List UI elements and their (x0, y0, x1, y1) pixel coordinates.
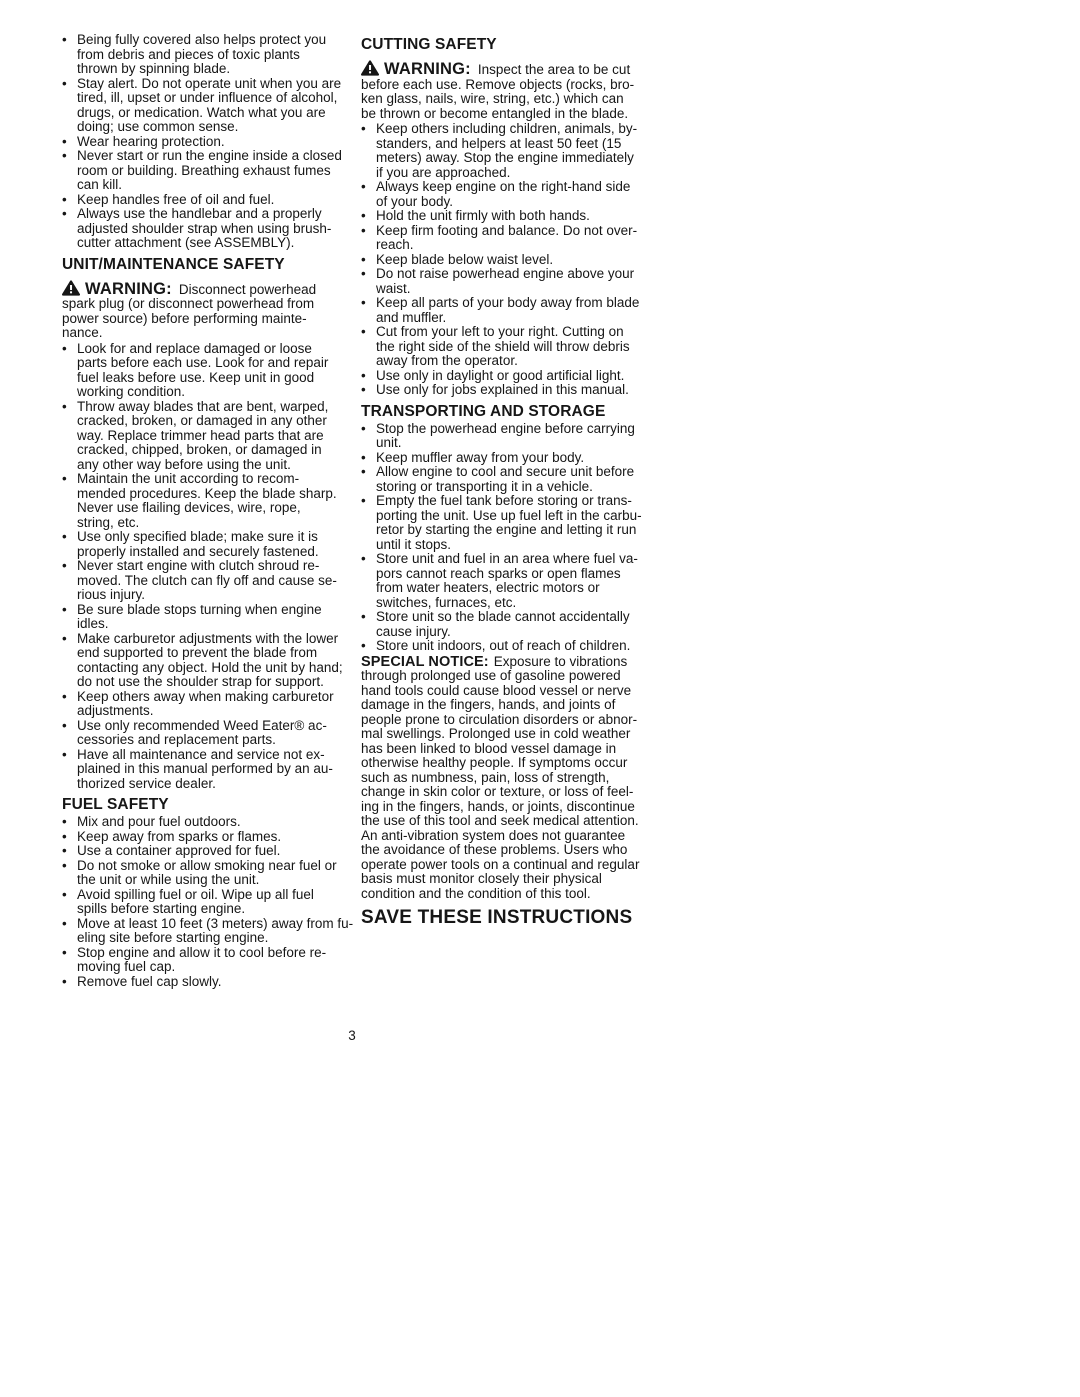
safety-bullet: Avoid spilling fuel or oil. Wipe up all … (62, 888, 354, 917)
safety-bullet: Always use the handlebar and a properly … (62, 207, 354, 251)
safety-bullet: Hold the unit firmly with both hands. (361, 209, 663, 224)
safety-bullet: Keep all parts of your body away from bl… (361, 296, 663, 325)
safety-bullet: Store unit indoors, out of reach of chil… (361, 639, 663, 654)
cutting-safety-bullet-list: Keep others including children, animals,… (361, 122, 663, 398)
safety-bullet: Allow engine to cool and secure unit bef… (361, 465, 663, 494)
warning-label: WARNING: (384, 60, 471, 78)
safety-bullet: Empty the fuel tank before storing or tr… (361, 494, 663, 552)
section-heading-unit-maintenance-safety: UNIT/MAINTENANCE SAFETY (62, 256, 354, 273)
safety-bullet: Use only recommended Weed Eater® ac- ces… (62, 719, 354, 748)
safety-bullet: Keep others away when making carburetor … (62, 690, 354, 719)
section-heading-cutting-safety: CUTTING SAFETY (361, 36, 663, 53)
safety-bullet: Maintain the unit according to recom- me… (62, 472, 354, 530)
warning-triangle-icon (361, 62, 384, 77)
safety-bullet: Stay alert. Do not operate unit when you… (62, 77, 354, 135)
safety-bullet: Keep others including children, animals,… (361, 122, 663, 180)
special-notice-text: Exposure to vibrations through prolonged… (361, 654, 639, 901)
safety-bullet: Keep firm footing and balance. Do not ov… (361, 224, 663, 253)
safety-bullet: Use only specified blade; make sure it i… (62, 530, 354, 559)
safety-bullet: Wear hearing protection. (62, 135, 354, 150)
section-heading-fuel-safety: FUEL SAFETY (62, 796, 354, 813)
safety-bullet: Do not raise powerhead engine above your… (361, 267, 663, 296)
safety-bullet: Keep away from sparks or flames. (62, 830, 354, 845)
save-these-instructions-heading: SAVE THESE INSTRUCTIONS (361, 907, 663, 929)
safety-bullet: Cut from your left to your right. Cuttin… (361, 325, 663, 369)
page-number: 3 (52, 1028, 652, 1043)
warning-triangle-icon (62, 282, 85, 297)
general-safety-bullet-list: Being fully covered also helps protect y… (62, 33, 354, 251)
section-heading-transporting-storage: TRANSPORTING AND STORAGE (361, 403, 663, 420)
safety-bullet: Remove fuel cap slowly. (62, 975, 354, 990)
safety-bullet: Store unit so the blade cannot accidenta… (361, 610, 663, 639)
safety-bullet: Stop engine and allow it to cool before … (62, 946, 354, 975)
right-column: CUTTING SAFETY WARNING:Inspect the area … (361, 36, 663, 929)
safety-bullet: Being fully covered also helps protect y… (62, 33, 354, 77)
safety-bullet: Mix and pour fuel outdoors. (62, 815, 354, 830)
warning-label: WARNING: (85, 280, 172, 298)
safety-bullet: Store unit and fuel in an area where fue… (361, 552, 663, 610)
safety-bullet: Stop the powerhead engine before carryin… (361, 422, 663, 451)
special-notice-paragraph: SPECIAL NOTICE:Exposure to vibrations th… (361, 655, 663, 902)
transport-storage-bullet-list: Stop the powerhead engine before carryin… (361, 422, 663, 654)
safety-bullet: Keep handles free of oil and fuel. (62, 193, 354, 208)
unit-maintenance-bullet-list: Look for and replace damaged or loose pa… (62, 342, 354, 792)
fuel-safety-bullet-list: Mix and pour fuel outdoors. Keep away fr… (62, 815, 354, 989)
safety-bullet: Never start engine with clutch shroud re… (62, 559, 354, 603)
manual-page: Being fully covered also helps protect y… (0, 0, 1080, 1397)
safety-bullet: Move at least 10 feet (3 meters) away fr… (62, 917, 354, 946)
safety-bullet: Look for and replace damaged or loose pa… (62, 342, 354, 400)
safety-bullet: Always keep engine on the right-hand sid… (361, 180, 663, 209)
warning-note-cutting: WARNING:Inspect the area to be cut befor… (361, 60, 663, 121)
safety-bullet: Keep muffler away from your body. (361, 451, 663, 466)
warning-note-unit-maintenance: WARNING:Disconnect powerhead spark plug … (62, 280, 354, 341)
safety-bullet: Throw away blades that are bent, warped,… (62, 400, 354, 473)
left-column: Being fully covered also helps protect y… (62, 33, 354, 989)
safety-bullet: Use a container approved for fuel. (62, 844, 354, 859)
safety-bullet: Have all maintenance and service not ex-… (62, 748, 354, 792)
safety-bullet: Do not smoke or allow smoking near fuel … (62, 859, 354, 888)
safety-bullet: Use only for jobs explained in this manu… (361, 383, 663, 398)
safety-bullet: Keep blade below waist level. (361, 253, 663, 268)
safety-bullet: Be sure blade stops turning when engine … (62, 603, 354, 632)
safety-bullet: Use only in daylight or good artificial … (361, 369, 663, 384)
safety-bullet: Never start or run the engine inside a c… (62, 149, 354, 193)
safety-bullet: Make carburetor adjustments with the low… (62, 632, 354, 690)
